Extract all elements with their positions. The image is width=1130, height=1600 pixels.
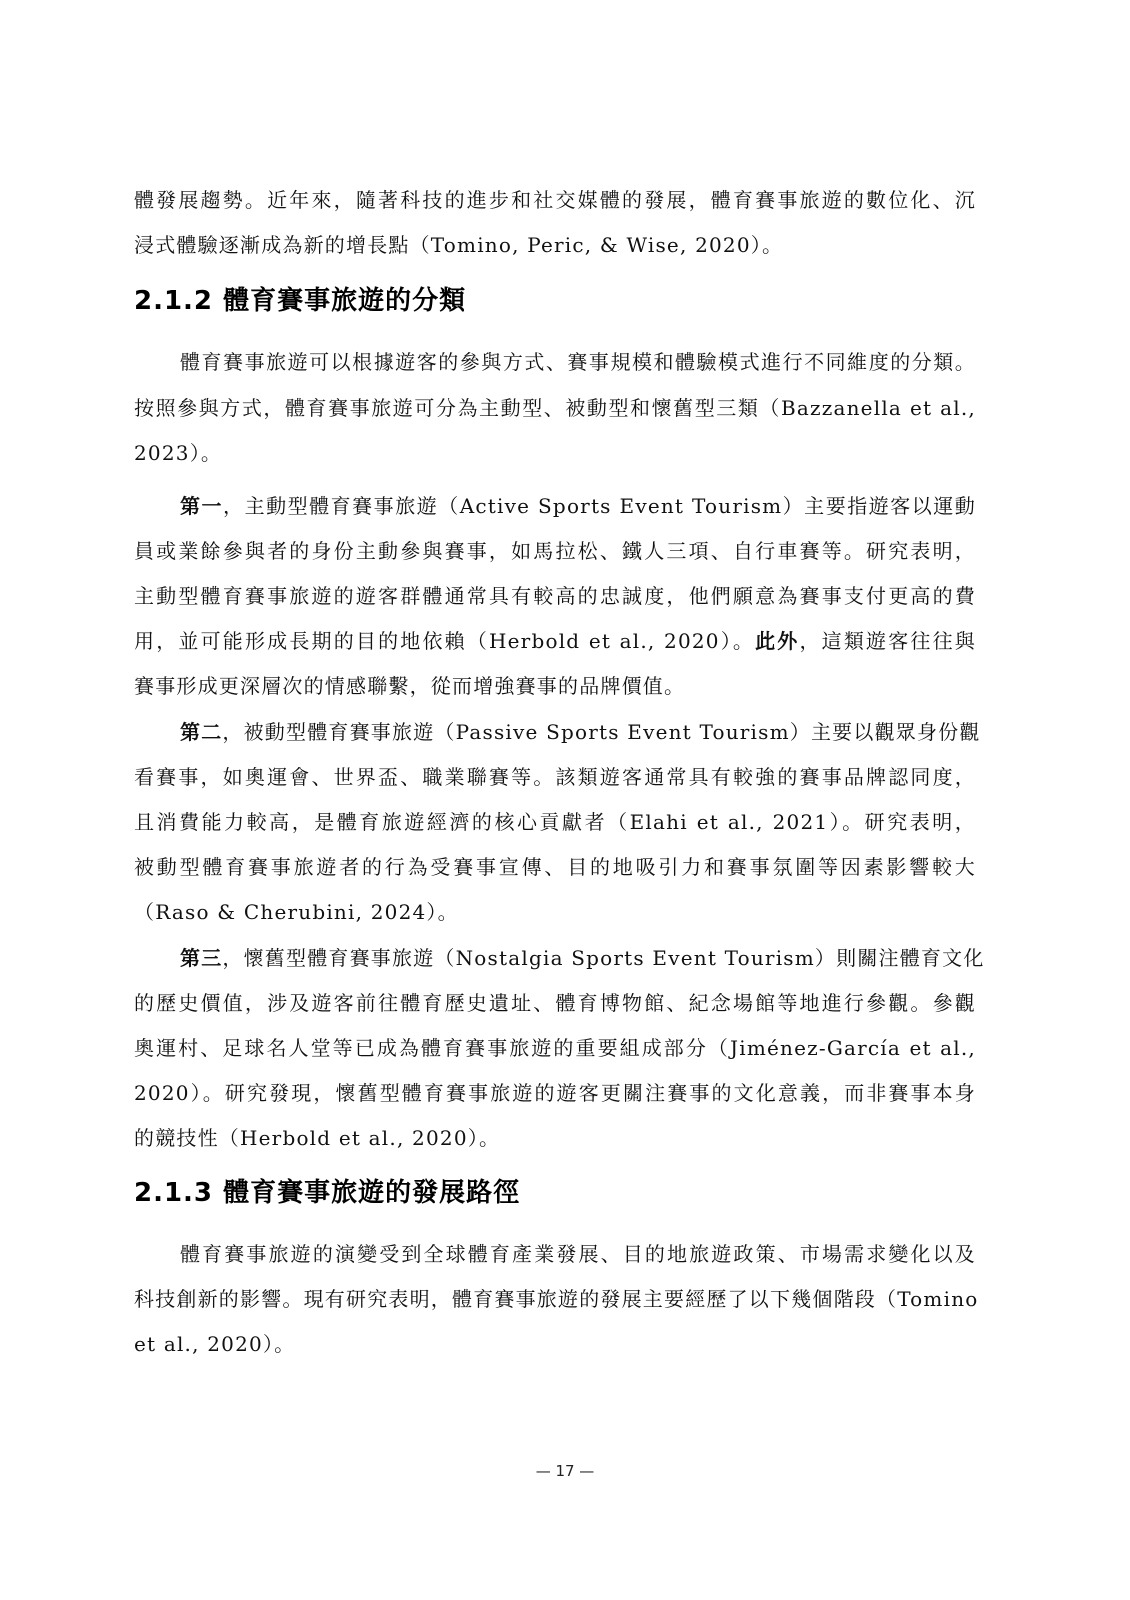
paragraph-line: 科技創新的影響。現有研究表明，體育賽事旅遊的發展主要經歷了以下幾個階段（Tomi…	[134, 1285, 976, 1313]
paragraph-line: 的競技性（Herbold et al., 2020）。	[134, 1124, 976, 1152]
line-text: ，這類遊客往往與	[799, 629, 976, 653]
line-text: ，主動型體育賽事旅遊（Active Sports Event Tourism）主…	[223, 494, 976, 518]
paragraph-line: 看賽事，如奧運會、世界盃、職業聯賽等。該類遊客通常具有較強的賽事品牌認同度，	[134, 763, 976, 791]
paragraph-line: （Raso & Cherubini, 2024）。	[134, 898, 976, 926]
paragraph-line: 體育賽事旅遊的演變受到全球體育產業發展、目的地旅遊政策、市場需求變化以及	[180, 1240, 976, 1268]
page-number: — 17 —	[0, 1462, 1130, 1480]
intro-line-1: 體發展趨勢。近年來，隨著科技的進步和社交媒體的發展，體育賽事旅遊的數位化、沉	[134, 186, 976, 214]
line-text: 用，並可能形成長期的目的地依賴（Herbold et al., 2020）。	[134, 629, 755, 653]
paragraph-first-line: 第二，被動型體育賽事旅遊（Passive Sports Event Touris…	[180, 718, 976, 746]
paragraph-first-line: 第三，懷舊型體育賽事旅遊（Nostalgia Sports Event Tour…	[180, 944, 976, 972]
paragraph-line: et al., 2020）。	[134, 1330, 976, 1358]
paragraph-line: 主動型體育賽事旅遊的遊客群體通常具有較高的忠誠度，他們願意為賽事支付更高的費	[134, 582, 976, 610]
bold-lead: 第三	[180, 946, 222, 970]
section-heading-2-1-2: 2.1.2 體育賽事旅遊的分類	[134, 284, 466, 318]
section-heading-2-1-3: 2.1.3 體育賽事旅遊的發展路徑	[134, 1176, 520, 1210]
paragraph-line: 被動型體育賽事旅遊者的行為受賽事宣傳、目的地吸引力和賽事氛圍等因素影響較大	[134, 853, 976, 881]
paragraph-line: 2020）。研究發現，懷舊型體育賽事旅遊的遊客更關注賽事的文化意義，而非賽事本身	[134, 1079, 976, 1107]
line-text: ，懷舊型體育賽事旅遊（Nostalgia Sports Event Touris…	[222, 946, 984, 970]
line-text: ，被動型體育賽事旅遊（Passive Sports Event Tourism）…	[222, 720, 980, 744]
paragraph-line: 體育賽事旅遊可以根據遊客的參與方式、賽事規模和體驗模式進行不同維度的分類。	[180, 348, 976, 376]
paragraph-line: 賽事形成更深層次的情感聯繫，從而增強賽事的品牌價值。	[134, 672, 976, 700]
paragraph-line: 用，並可能形成長期的目的地依賴（Herbold et al., 2020）。此外…	[134, 627, 976, 655]
paragraph-first-line: 第一，主動型體育賽事旅遊（Active Sports Event Tourism…	[180, 492, 976, 520]
paragraph-line: 2023）。	[134, 439, 976, 467]
bold-text: 此外	[755, 629, 799, 653]
paragraph-line: 奧運村、足球名人堂等已成為體育賽事旅遊的重要組成部分（Jiménez-Garcí…	[134, 1034, 976, 1062]
paragraph-line: 且消費能力較高，是體育旅遊經濟的核心貢獻者（Elahi et al., 2021…	[134, 808, 976, 836]
paragraph-line: 按照參與方式，體育賽事旅遊可分為主動型、被動型和懷舊型三類（Bazzanella…	[134, 394, 976, 422]
bold-lead: 第一	[180, 494, 223, 518]
paragraph-line: 員或業餘參與者的身份主動參與賽事，如馬拉松、鐵人三項、自行車賽等。研究表明，	[134, 537, 976, 565]
document-page: 體發展趨勢。近年來，隨著科技的進步和社交媒體的發展，體育賽事旅遊的數位化、沉 浸…	[0, 0, 1130, 1600]
paragraph-line: 的歷史價值，涉及遊客前往體育歷史遺址、體育博物館、紀念場館等地進行參觀。參觀	[134, 989, 976, 1017]
bold-lead: 第二	[180, 720, 222, 744]
intro-line-2: 浸式體驗逐漸成為新的增長點（Tomino, Peric, & Wise, 202…	[134, 231, 976, 259]
